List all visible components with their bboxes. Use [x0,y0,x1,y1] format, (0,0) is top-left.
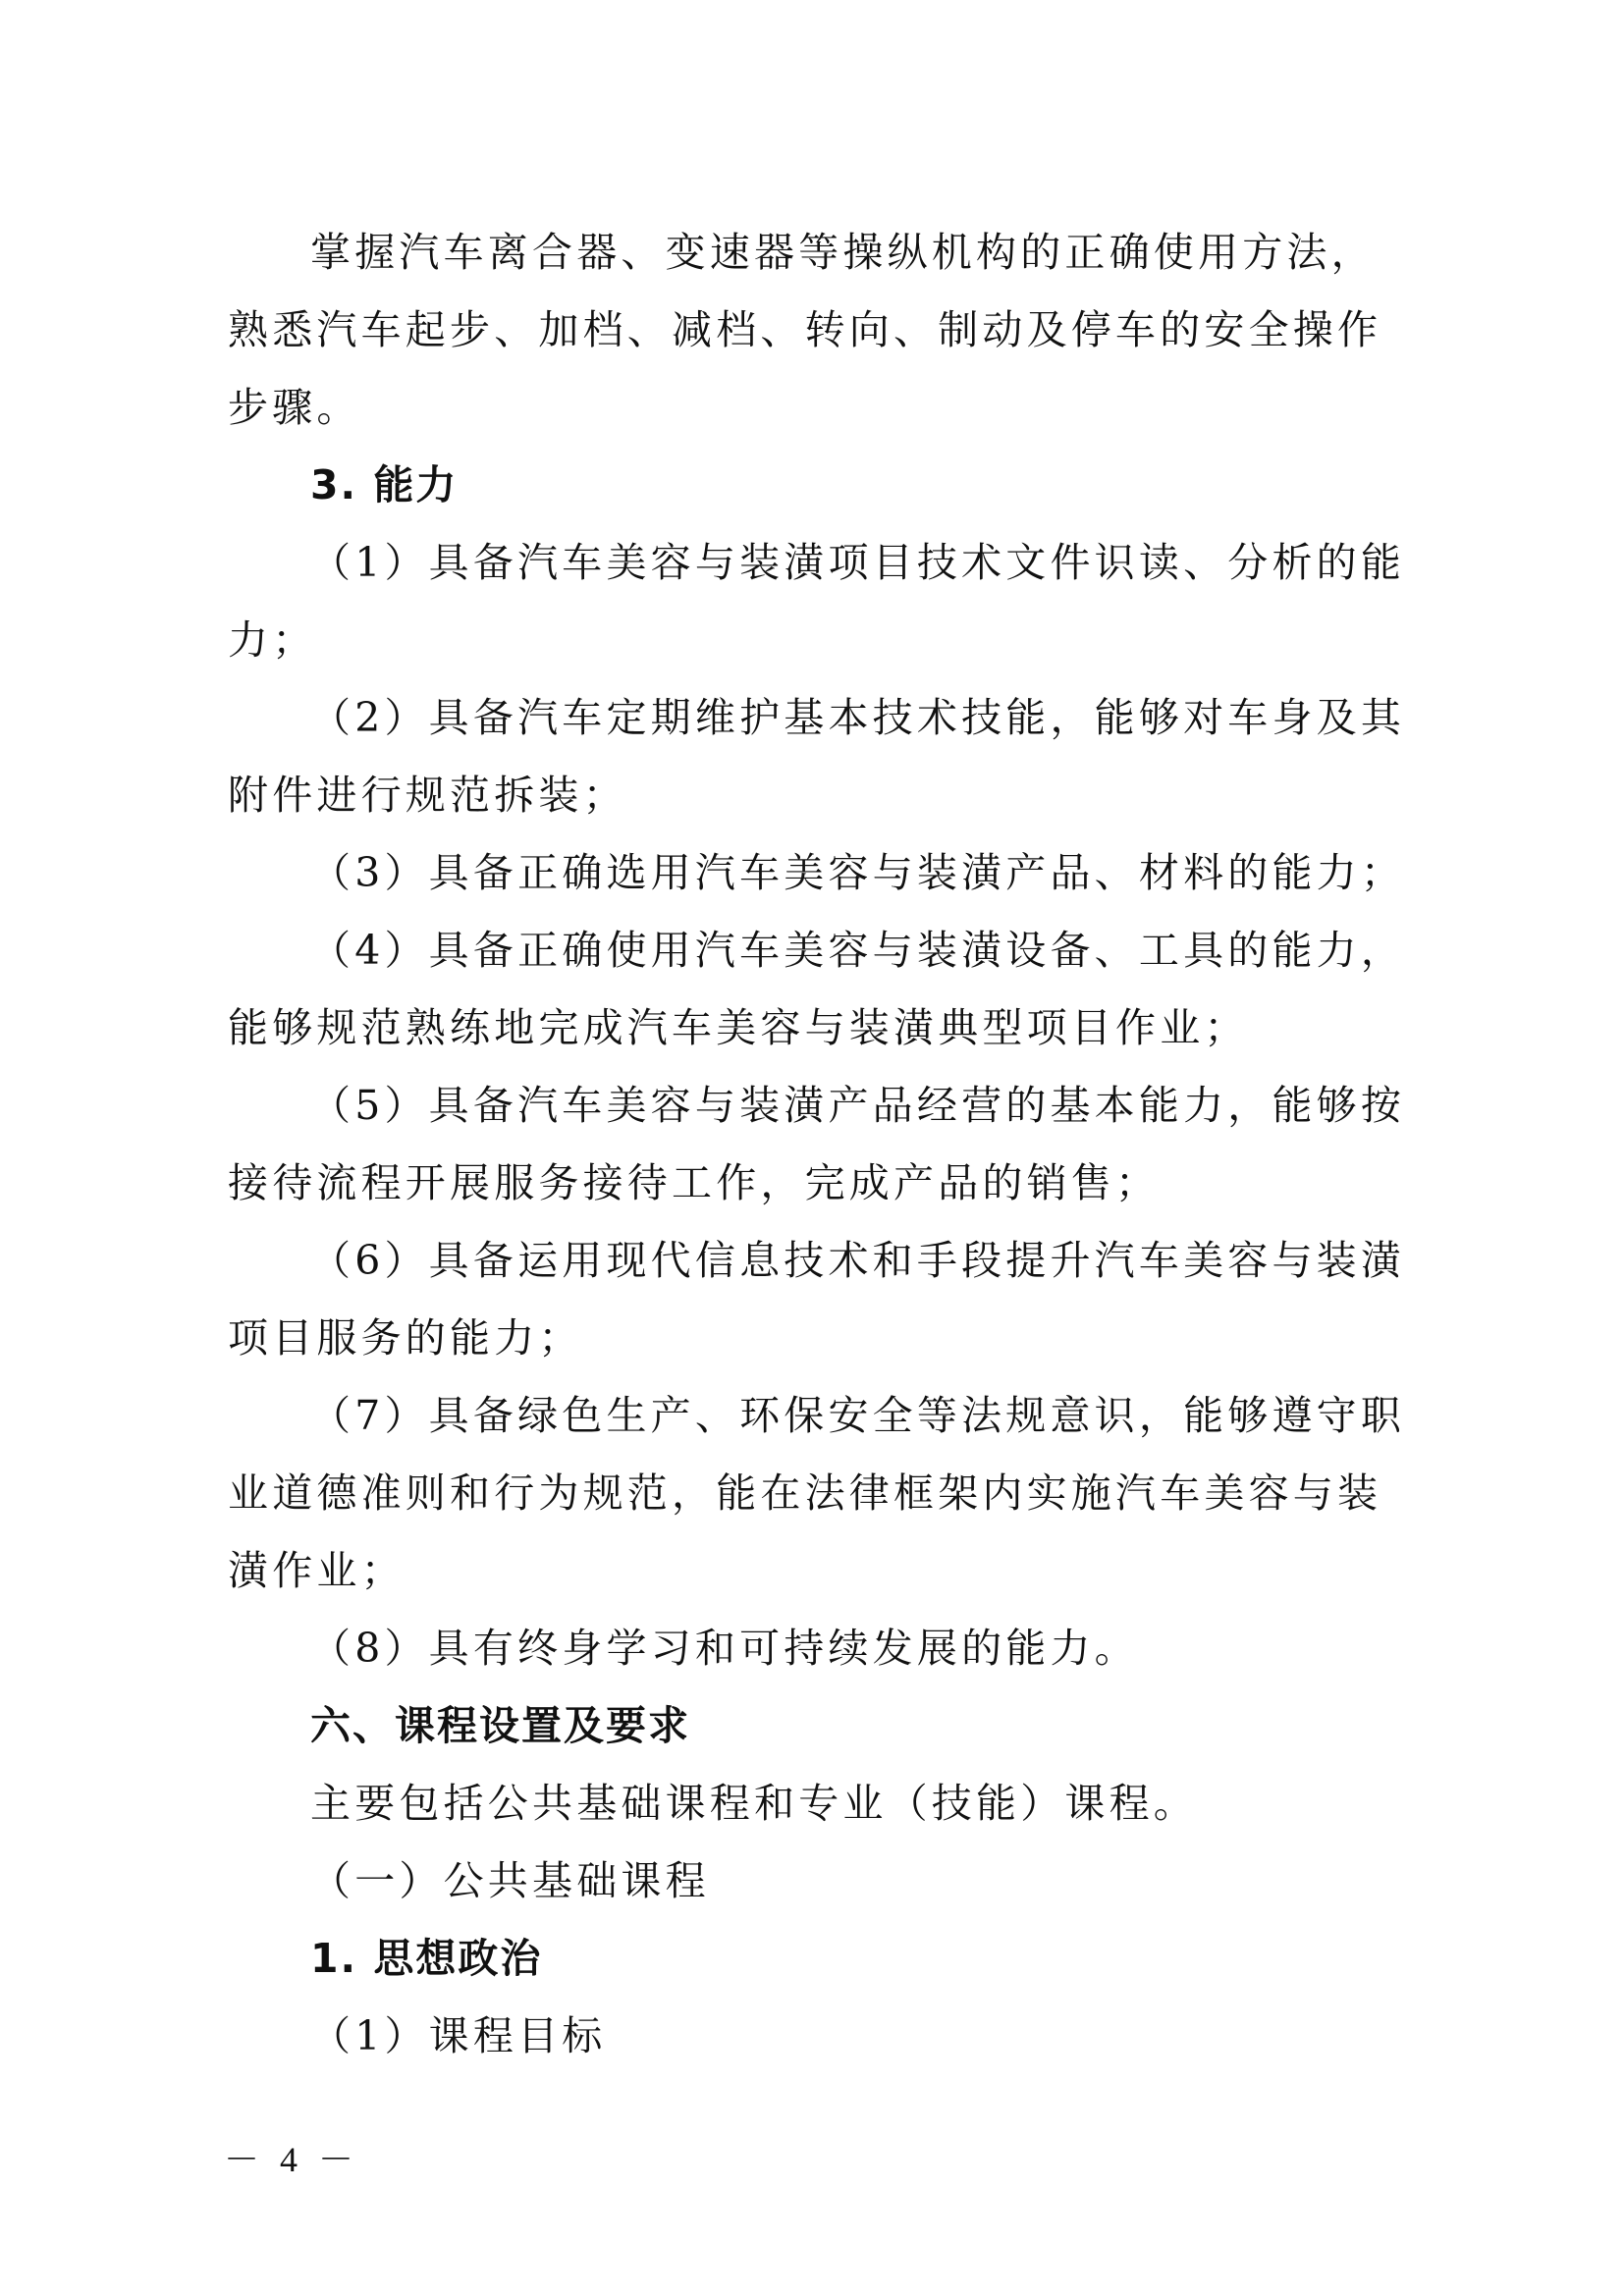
list-item-7-continued-2: 潢作业； [228,1532,1386,1610]
document-page: 掌握汽车离合器、变速器等操纵机构的正确使用方法， 熟悉汽车起步、加档、减档、转向… [228,214,1386,2075]
subsection-heading-course-goals: （1）课程目标 [228,1998,1386,2075]
list-item-5-continued: 接待流程开展服务接待工作，完成产品的销售； [228,1145,1386,1222]
list-item-4: （4）具备正确使用汽车美容与装潢设备、工具的能力， [228,912,1386,989]
list-item-8: （8）具有终身学习和可持续发展的能力。 [228,1610,1386,1687]
section-heading-ability: 3. 能力 [228,447,1386,524]
list-item-1: （1）具备汽车美容与装潢项目技术文件识读、分析的能 [228,524,1386,602]
list-item-1-continued: 力； [228,602,1386,679]
paragraph-line: 主要包括公共基础课程和专业（技能）课程。 [228,1765,1386,1842]
list-item-4-continued: 能够规范熟练地完成汽车美容与装潢典型项目作业； [228,989,1386,1067]
paragraph-line: 掌握汽车离合器、变速器等操纵机构的正确使用方法， [228,214,1386,292]
list-item-2-continued: 附件进行规范拆装； [228,757,1386,834]
section-heading-curriculum: 六、课程设置及要求 [228,1687,1386,1765]
list-item-6-continued: 项目服务的能力； [228,1300,1386,1377]
paragraph-line: 步骤。 [228,369,1386,447]
subsection-heading-public-courses: （一）公共基础课程 [228,1842,1386,1920]
list-item-3: （3）具备正确选用汽车美容与装潢产品、材料的能力； [228,834,1386,912]
paragraph-line: 熟悉汽车起步、加档、减档、转向、制动及停车的安全操作 [228,292,1386,369]
list-item-6: （6）具备运用现代信息技术和手段提升汽车美容与装潢 [228,1222,1386,1300]
list-item-7: （7）具备绿色生产、环保安全等法规意识，能够遵守职 [228,1377,1386,1455]
list-item-5: （5）具备汽车美容与装潢产品经营的基本能力，能够按 [228,1067,1386,1145]
list-item-2: （2）具备汽车定期维护基本技术技能，能够对车身及其 [228,679,1386,757]
page-number: － 4 － [224,2132,359,2182]
list-item-7-continued: 业道德准则和行为规范，能在法律框架内实施汽车美容与装 [228,1455,1386,1532]
subsection-heading-politics: 1. 思想政治 [228,1920,1386,1998]
